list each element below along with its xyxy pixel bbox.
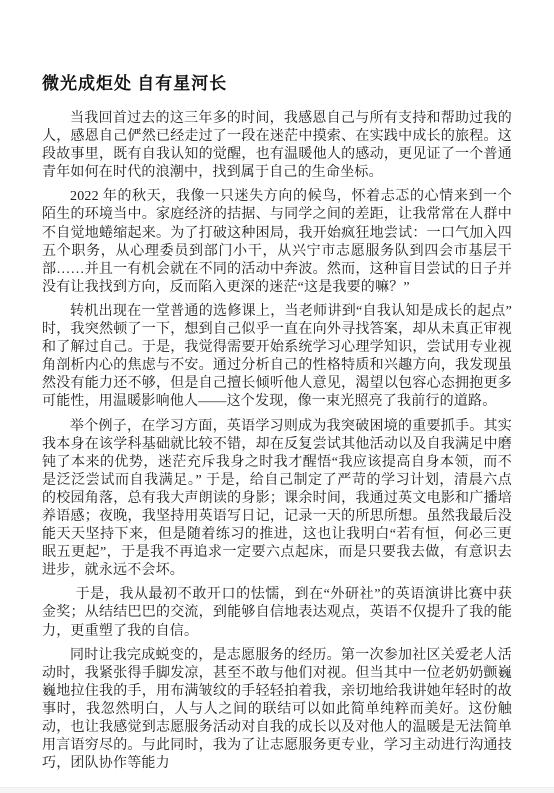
page-bottom-edge [0,787,554,793]
paragraph: 同时让我完成蜕变的，是志愿服务的经历。第一次参加社区关爱老人活动时，我紧张得手脚… [42,647,512,774]
document-page: 微光成炬处 自有星河长 当我回首过去的这三年多的时间，我感恩自己与所有支持和帮助… [0,0,554,793]
paragraph: 当我回首过去的这三年多的时间，我感恩自己与所有支持和帮助过我的人，感恩自己俨然已… [42,110,512,182]
document-body: 当我回首过去的这三年多的时间，我感恩自己与所有支持和帮助过我的人，感恩自己俨然已… [42,110,512,773]
paragraph: 举个例子，在学习方面，英语学习则成为我突破困境的重要抓手。其实我本身在该学科基础… [42,418,512,581]
paragraph: 转机出现在一堂普通的选修课上，当老师讲到“自我认知是成长的起点”时，我突然顿了一… [42,303,512,412]
document-title: 微光成炬处 自有星河长 [42,69,512,94]
paragraph: 2022 年的秋天，我像一只迷失方向的候鸟，怀着忐忑的心情来到一个陌生的环境当中… [42,188,512,297]
paragraph: 于是，我从最初不敢开口的怯懦，到在“外研社”的英语演讲比赛中获金奖；从结结巴巴的… [42,586,512,640]
